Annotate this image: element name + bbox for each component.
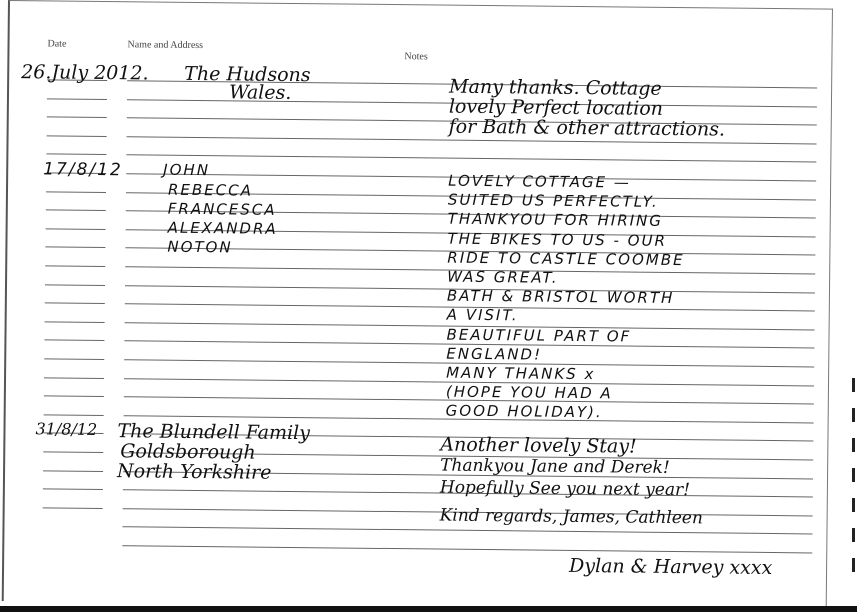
date-rule	[47, 135, 107, 137]
entry-3-note-line: Hopefully See you next year!	[440, 480, 690, 500]
date-rule	[45, 265, 105, 267]
entry-1-name-line: Wales.	[229, 83, 292, 103]
date-rule	[44, 396, 104, 398]
date-rule	[47, 117, 107, 119]
entry-2-note-line: THANKYOU FOR HIRING	[448, 212, 663, 229]
entry-3-name-line: North Yorkshire	[117, 462, 272, 483]
entry-1-note-line: for Bath & other attractions.	[449, 118, 725, 140]
date-rule	[45, 284, 105, 286]
date-rule	[45, 321, 105, 323]
entry-2-note-line: BATH & BRISTOL WORTH	[447, 289, 675, 306]
date-rule	[46, 210, 106, 212]
entry-2-name-line: REBECCA	[168, 183, 253, 199]
entry-3-note-line: Another lovely Stay!	[440, 436, 637, 457]
header-date: Date	[47, 38, 66, 49]
entry-2-name-line: NOTON	[167, 240, 232, 256]
date-rule	[45, 303, 105, 305]
entry-2-note-line: BEAUTIFUL PART OF	[446, 327, 631, 344]
header-name-address: Name and Address	[127, 39, 203, 51]
binding-hole	[852, 498, 855, 512]
entry-2-note-line: GOOD HOLIDAY).	[446, 404, 603, 421]
entry-2-note-line: WAS GREAT.	[447, 270, 559, 286]
entry-2-name-line: ALEXANDRA	[168, 221, 278, 237]
date-rule	[43, 451, 103, 453]
binding-hole	[852, 378, 855, 392]
binding-hole	[852, 468, 855, 482]
date-rule	[47, 98, 107, 100]
date-rule	[44, 358, 104, 360]
entry-2-date: 17/8/12	[43, 161, 123, 179]
binding-hole	[852, 438, 855, 452]
date-rule	[46, 228, 106, 230]
date-rule	[43, 507, 103, 509]
entry-3-note-line: Dylan & Harvey xxxx	[569, 557, 772, 578]
binding-hole	[852, 408, 855, 422]
entry-rule	[126, 155, 816, 163]
entry-2-note-line: ENGLAND!	[446, 346, 542, 362]
entry-2-note-line: LOVELY COTTAGE —	[448, 174, 631, 191]
entry-3-note-line: Kind regards, James, Cathleen	[440, 508, 703, 528]
header-notes: Notes	[404, 51, 427, 62]
entry-2-note-line: A VISIT.	[447, 308, 519, 324]
entry-2-name-line: JOHN	[163, 163, 210, 178]
guestbook-page: Date Name and Address Notes 26.July 2012…	[2, 0, 833, 610]
entry-2-note-line: THE BIKES TO US - OUR	[447, 231, 667, 248]
entry-1-date: 26.July 2012.	[21, 63, 149, 83]
entry-rule	[122, 545, 812, 553]
entry-2-notes: LOVELY COTTAGE —SUITED US PERFECTLY.THAN…	[10, 1, 832, 10]
date-rule	[44, 414, 104, 416]
date-rule	[43, 470, 103, 472]
date-rule	[45, 247, 105, 249]
binding-hole	[852, 558, 855, 572]
date-rule	[43, 489, 103, 491]
page-edge-shadow	[0, 606, 857, 612]
ruled-lines	[10, 1, 832, 10]
entry-2-note-line: (HOPE YOU HAD A	[446, 385, 613, 402]
entry-3-date: 31/8/12	[35, 421, 97, 438]
entry-2-note-line: RIDE TO CASTLE COOMBE	[447, 250, 684, 267]
date-rule	[44, 377, 104, 379]
date-rule	[44, 340, 104, 342]
date-rule	[46, 154, 106, 156]
entry-rule	[122, 527, 812, 535]
date-rule	[46, 191, 106, 193]
binding-hole	[852, 528, 855, 542]
entry-2-name-line: FRANCESCA	[168, 202, 277, 218]
entry-2-note-line: SUITED US PERFECTLY.	[448, 193, 659, 210]
entry-2-note-line: MANY THANKS x	[446, 366, 595, 383]
entry-3-note-line: Thankyou Jane and Derek!	[440, 458, 670, 477]
